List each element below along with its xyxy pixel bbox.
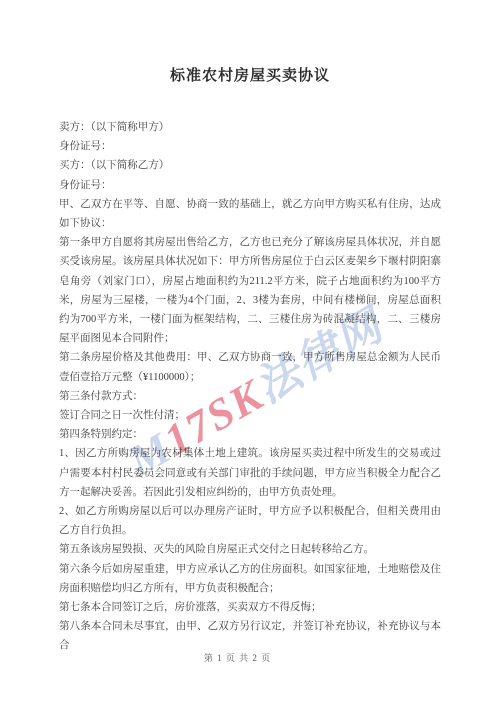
buyer-id-line: 身份证号： [59, 176, 441, 195]
clause-4-heading: 第四条特别约定： [59, 425, 441, 444]
page-number-indicator: 第 1 页 共 2 页 [0, 651, 475, 664]
document-body: 卖方：（以下简称甲方） 身份证号： 买方：（以下简称乙方） 身份证号： 甲、乙双… [59, 118, 441, 656]
document-title: 标准农村房屋买卖协议 [0, 64, 500, 85]
intro-paragraph: 甲、乙双方在平等、自愿、协商一致的基础上，就乙方向甲方购买私有住房，达成如下协议… [59, 195, 441, 233]
seller-id-line: 身份证号： [59, 137, 441, 156]
clause-7-paragraph: 第七条本合同签订之后，房价涨落，买卖双方不得反悔； [59, 598, 441, 617]
clause-2-paragraph: 第二条房屋价格及其他费用：甲、乙双方协商一致，甲方所售房屋总金额为人民币壹佰壹拾… [59, 348, 441, 386]
seller-line: 卖方：（以下简称甲方） [59, 118, 441, 137]
clause-4-item-2: 2、如乙方所购房屋以后可以办理房产证时，甲方应予以积极配合，但相关费用由乙方自行… [59, 502, 441, 540]
clause-5-paragraph: 第五条该房屋毁损、灭失的风险自房屋正式交付之日起转移给乙方。 [59, 540, 441, 559]
clause-3-payment-line: 签订合同之日一次性付清； [59, 406, 441, 425]
clause-3-heading: 第三条付款方式： [59, 387, 441, 406]
buyer-line: 买方：（以下简称乙方） [59, 156, 441, 175]
clause-1-paragraph: 第一条甲方自愿将其房屋出售给乙方，乙方也已充分了解该房屋具体状况，并自愿买受该房… [59, 233, 441, 348]
clause-8-paragraph: 第八条本合同未尽事宜，由甲、乙双方另行议定，并签订补充协议，补充协议与本合 [59, 617, 441, 655]
contract-page: M17SK法律网 标准农村房屋买卖协议 卖方：（以下简称甲方） 身份证号： 买方… [0, 0, 500, 706]
clause-6-paragraph: 第六条今后如房屋重建，甲方应承认乙方的住房面积。如国家征地，土地赔偿及住房面积赔… [59, 560, 441, 598]
clause-4-item-1: 1、因乙方所购房屋为农村集体土地上建筑。该房屋买卖过程中所发生的交易或过户需要本… [59, 444, 441, 502]
